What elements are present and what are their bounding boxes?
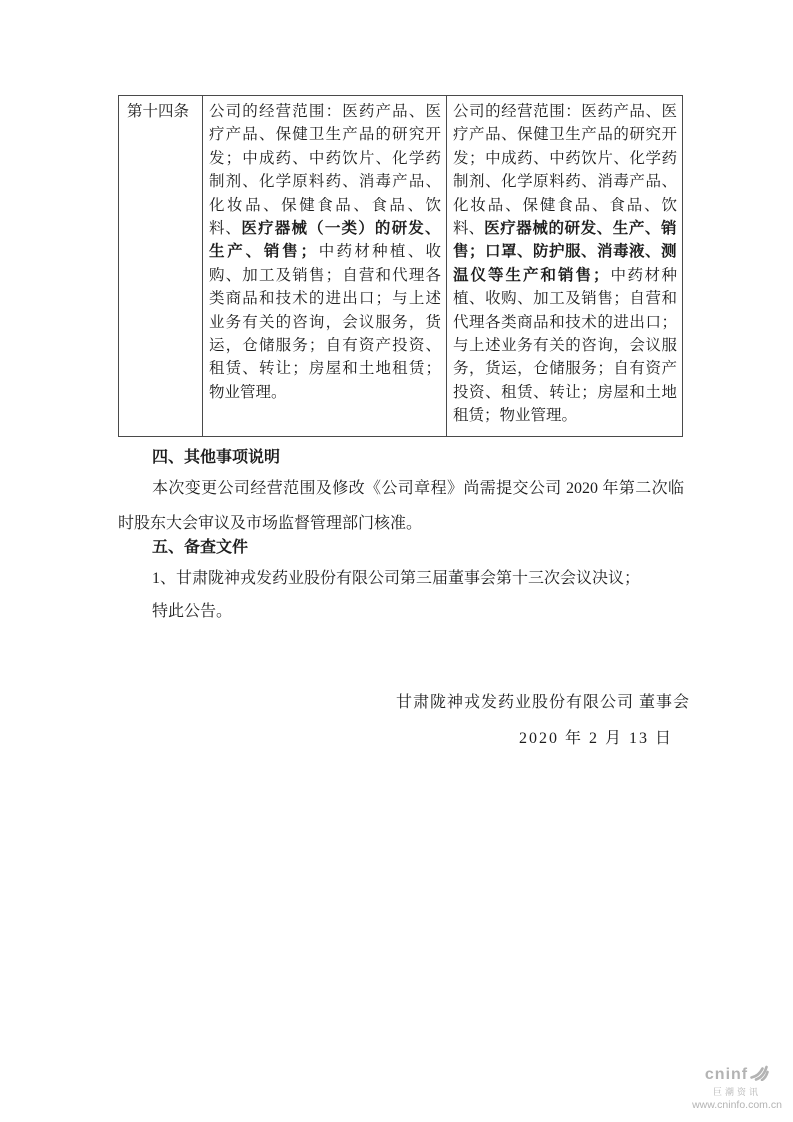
scope-after-suffix: 中药材种植、收购、加工及销售；自营和代理各类商品和技术的进出口；与上述业务有关的… <box>453 267 677 424</box>
section-heading-other-matters: 四、其他事项说明 <box>152 448 280 468</box>
signature-company: 甘肃陇神戎发药业股份有限公司 董事会 <box>396 692 690 714</box>
cninfo-logo-text: cninf <box>705 1067 748 1083</box>
closing-statement: 特此公告。 <box>152 602 232 622</box>
cninfo-brand-cn: 巨潮资讯 <box>713 1087 761 1098</box>
cninfo-url: www.cninfo.com.cn <box>692 1099 782 1111</box>
cninfo-swirl-icon <box>749 1063 769 1086</box>
scope-before-cell: 公司的经营范围：医药产品、医疗产品、保健卫生产品的研究开发；中成药、中药饮片、化… <box>203 96 447 437</box>
reference-doc-item: 1、甘肃陇神戎发药业股份有限公司第三届董事会第十三次会议决议； <box>152 569 640 589</box>
article-number-cell: 第十四条 <box>119 96 203 437</box>
scope-before-prefix: 公司的经营范围：医药产品、医疗产品、保健卫生产品的研究开发；中成药、中药饮片、化… <box>209 103 441 237</box>
other-matters-paragraph: 本次变更公司经营范围及修改《公司章程》尚需提交公司 2020 年第二次临时股东大… <box>118 471 684 541</box>
document-page: { "table": { "article_label": "第十四条", "b… <box>0 0 793 1122</box>
business-scope-table: 第十四条 公司的经营范围：医药产品、医疗产品、保健卫生产品的研究开发；中成药、中… <box>118 95 683 437</box>
table-row: 第十四条 公司的经营范围：医药产品、医疗产品、保健卫生产品的研究开发；中成药、中… <box>119 96 683 437</box>
scope-before-suffix: 中药材种植、收购、加工及销售；自营和代理各类商品和技术的进出口；与上述业务有关的… <box>209 243 441 400</box>
scope-after-prefix: 公司的经营范围：医药产品、医疗产品、保健卫生产品的研究开发；中成药、中药饮片、化… <box>453 103 677 237</box>
article-number-label: 第十四条 <box>127 103 189 120</box>
cninfo-logo-row: cninf <box>705 1063 769 1086</box>
signature-date: 2020 年 2 月 13 日 <box>519 728 673 750</box>
cninfo-watermark: cninf 巨潮资讯 www.cninfo.com.cn <box>686 1063 788 1111</box>
section-heading-reference-docs: 五、备查文件 <box>152 538 248 558</box>
scope-after-cell: 公司的经营范围：医药产品、医疗产品、保健卫生产品的研究开发；中成药、中药饮片、化… <box>447 96 683 437</box>
